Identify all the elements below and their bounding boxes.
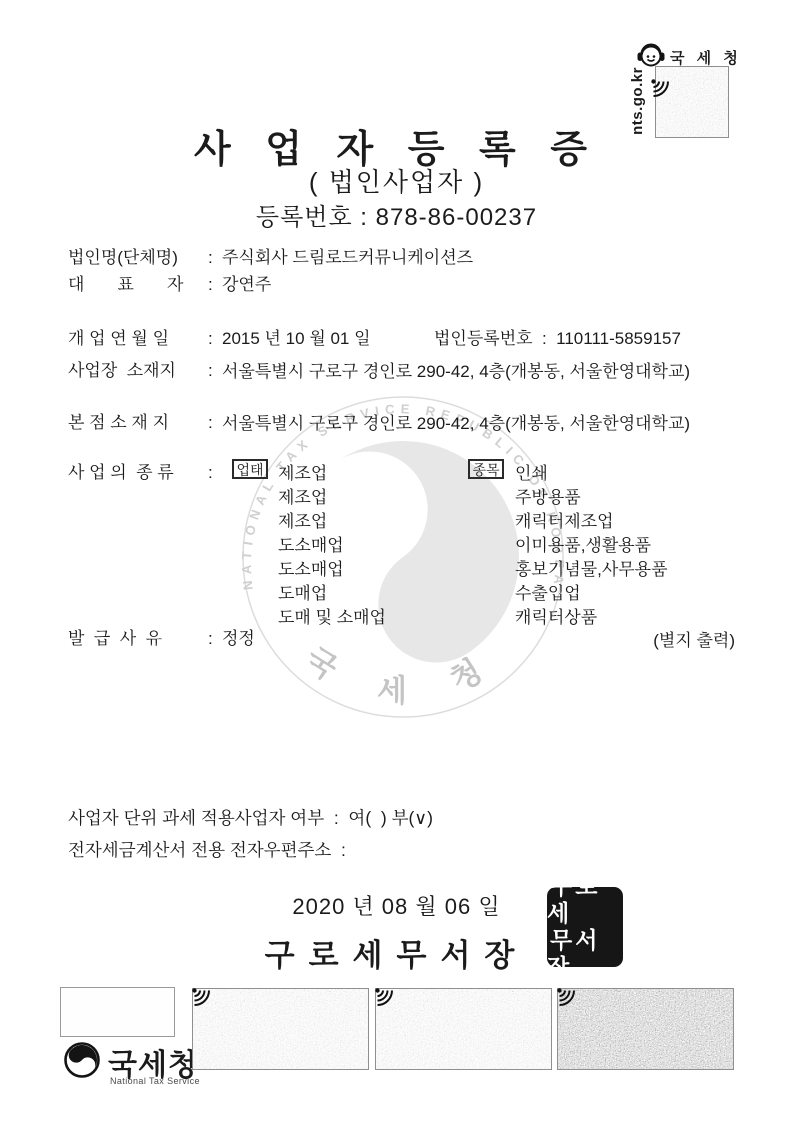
field-business-address: 사업장 소재지:서울특별시 구로구 경인로 290-42, 4층(개봉동, 서울… — [68, 358, 720, 385]
item-cell: 캐릭터상품 — [515, 603, 735, 628]
field-label: 발 급 사 유 — [68, 626, 208, 652]
item-cell: 주방용품 — [515, 483, 735, 508]
item-cell: 이미용품,생활용품 — [515, 531, 735, 556]
business-type-table: 업태 제조업 종목 인쇄 제조업 주방용품 제조업 캐릭터제조업 도소매업 이미… — [232, 459, 735, 627]
footer-blank-box — [60, 987, 175, 1037]
unit-taxation-line: 사업자 단위 과세 적용사업자 여부 : 여( ) 부(∨) — [68, 805, 433, 830]
column-header-type: 업태 — [232, 459, 268, 479]
separate-sheet-note: (별지 출력) — [653, 626, 735, 651]
stamp-line: 무서장 — [547, 927, 623, 981]
field-label: 본 점 소 재 지 — [68, 410, 208, 436]
field-value: 서울특별시 구로구 경인로 290-42, 4층(개봉동, 서울한영대학교) — [222, 358, 720, 385]
table-row: 제조업 캐릭터제조업 — [232, 507, 735, 531]
issue-date: 2020 년 08 월 06 일 — [0, 890, 793, 921]
field-value: 정정 — [222, 629, 255, 648]
field-label: 법인명(단체명) — [68, 245, 208, 271]
table-row: 도소매업 홍보기념물,사무용품 — [232, 555, 735, 579]
e-invoice-email-line: 전자세금계산서 전용 전자우편주소 : — [68, 837, 346, 862]
signal-arcs-icon — [375, 988, 397, 1010]
table-row: 도소매업 이미용품,생활용품 — [232, 531, 735, 555]
field-label: 개 업 연 월 일 — [68, 326, 208, 352]
security-pattern-3 — [557, 988, 734, 1070]
type-cell: 도소매업 — [278, 555, 468, 580]
field-business-type-label: 사 업 의 종 류: — [68, 460, 222, 486]
corp-reg-number: 110111-5859157 — [556, 329, 681, 348]
registration-number-label: 등록번호 : — [256, 204, 368, 231]
business-registration-certificate: NATIONAL TAX SERVICE REPUBLIC OF KOREA 국… — [0, 0, 793, 1121]
item-cell: 캐릭터제조업 — [515, 507, 735, 532]
corp-reg-label: 법인등록번호 : — [434, 329, 547, 348]
field-representative: 대 표 자:강연주 — [68, 272, 271, 298]
taegeuk-logo-icon — [62, 1040, 102, 1080]
table-row: 제조업 주방용품 — [232, 483, 735, 507]
footer-agency-subtitle: National Tax Service — [110, 1076, 200, 1086]
item-cell: 수출입업 — [515, 579, 735, 604]
agency-name-topright: 국 세 청 — [670, 47, 742, 68]
issuer-title: 구로세무서장 — [0, 930, 793, 975]
field-value: 2015 년 10 월 01 일 — [222, 326, 434, 352]
table-row: 업태 제조업 종목 인쇄 — [232, 459, 735, 483]
field-label: 대 표 자 — [68, 272, 208, 298]
type-cell: 제조업 — [278, 483, 468, 508]
field-value: 서울특별시 구로구 경인로 290-42, 4층(개봉동, 서울한영대학교) — [222, 410, 720, 437]
field-issue-reason: 발 급 사 유:정정 — [68, 626, 255, 652]
field-value: 주식회사 드림로드커뮤니케이션즈 — [222, 248, 473, 267]
table-row: 도매 및 소매업 캐릭터상품 — [232, 603, 735, 627]
column-header-item: 종목 — [468, 459, 504, 479]
item-cell: 홍보기념물,사무용품 — [515, 555, 735, 580]
signal-arcs-icon — [651, 79, 673, 101]
field-value: 강연주 — [222, 275, 271, 294]
official-seal-stamp: 구로세 무서장 — [547, 887, 623, 967]
field-label: 사 업 의 종 류 — [68, 460, 208, 486]
security-pattern-1 — [192, 988, 369, 1070]
field-headquarters-address: 본 점 소 재 지:서울특별시 구로구 경인로 290-42, 4층(개봉동, … — [68, 410, 720, 437]
callcenter-mascot-icon — [636, 42, 666, 69]
field-open-date: 개 업 연 월 일:2015 년 10 월 01 일법인등록번호 : 11011… — [68, 326, 681, 352]
security-pattern-2 — [375, 988, 552, 1070]
registration-number-line: 등록번호 : 878-86-00237 — [0, 197, 793, 232]
item-cell: 인쇄 — [515, 459, 735, 484]
table-row: 도매업 수출입업 — [232, 579, 735, 603]
field-corp-name: 법인명(단체명):주식회사 드림로드커뮤니케이션즈 — [68, 245, 473, 271]
signal-arcs-icon — [192, 988, 214, 1010]
document-subtitle: ( 법인사업자 ) — [0, 162, 793, 199]
stamp-line: 구로세 — [547, 873, 623, 927]
type-cell: 도매업 — [278, 579, 468, 604]
type-cell: 제조업 — [278, 459, 468, 484]
type-cell: 도소매업 — [278, 531, 468, 556]
field-label: 사업장 소재지 — [68, 358, 208, 384]
type-cell: 제조업 — [278, 507, 468, 532]
type-cell: 도매 및 소매업 — [278, 603, 468, 628]
registration-number-value: 878-86-00237 — [376, 204, 537, 231]
signal-arcs-icon — [557, 988, 579, 1010]
